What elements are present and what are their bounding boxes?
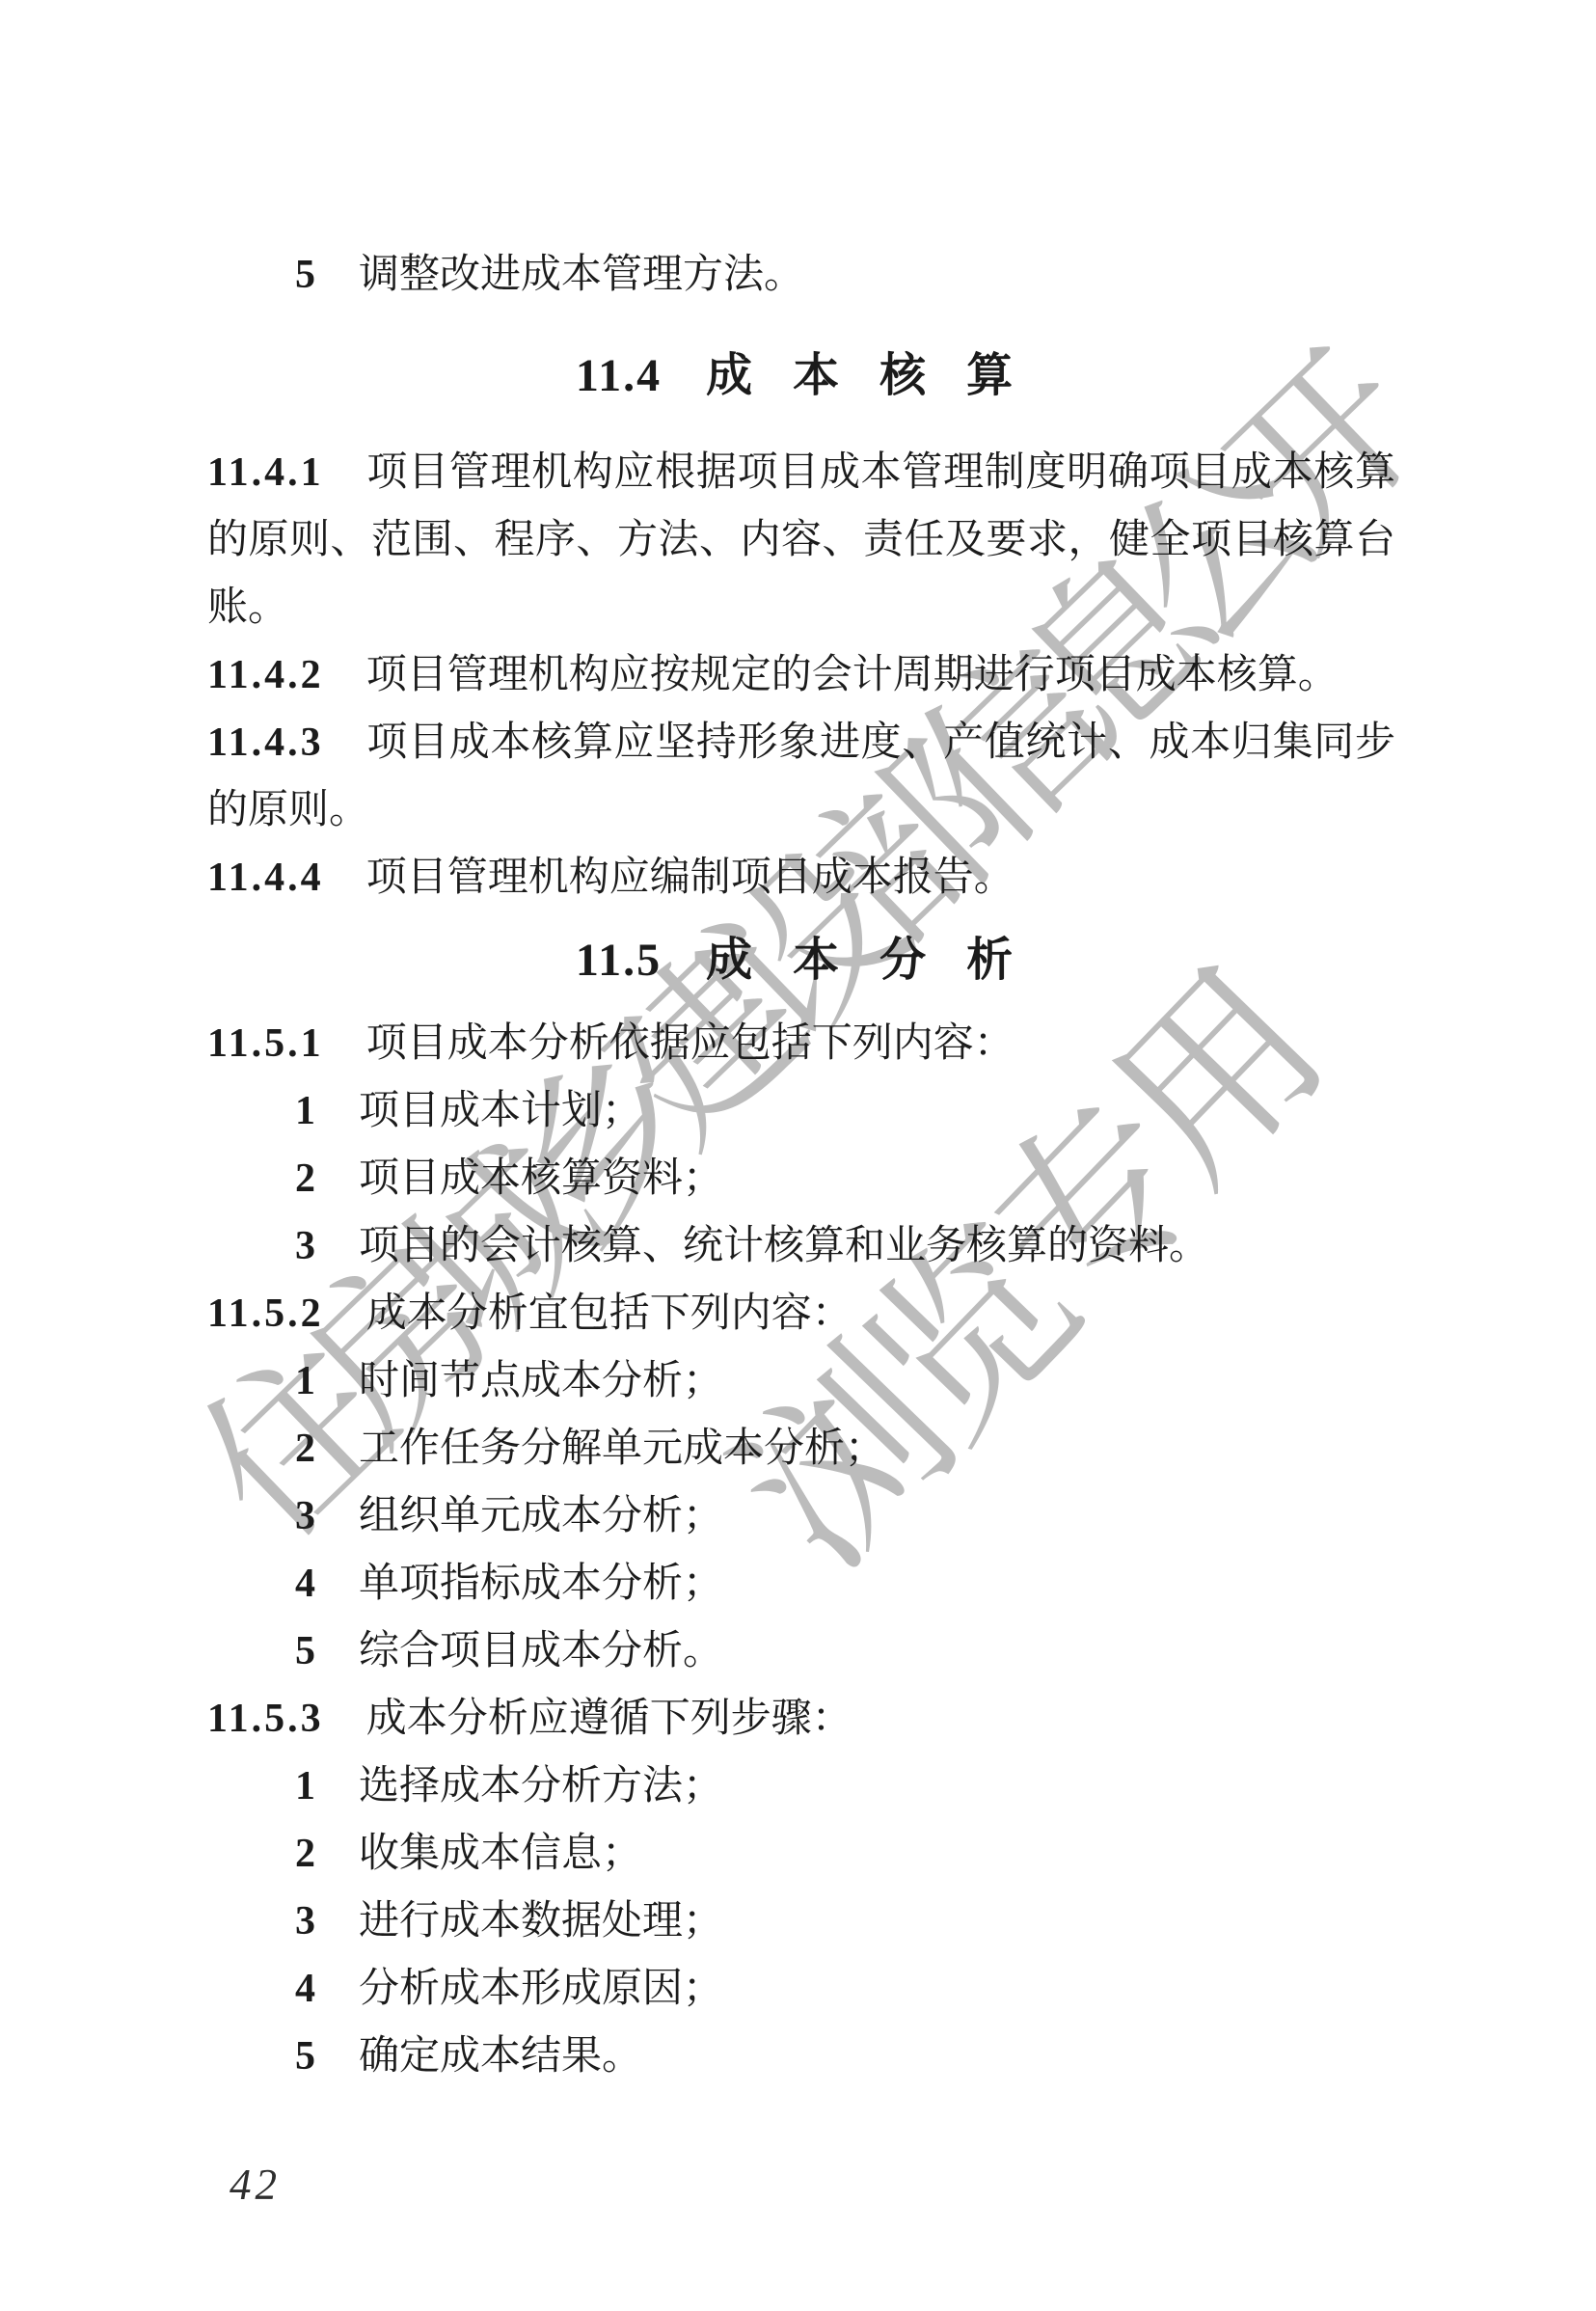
list-item: 5 调整改进成本管理方法。 xyxy=(207,241,1395,309)
list-item-text: 进行成本数据处理； xyxy=(359,1888,723,1955)
clause-number: 11.4.1 xyxy=(207,450,324,495)
page-number: 42 xyxy=(230,2161,281,2209)
section-heading-11-4: 11.4 成 本 核 算 xyxy=(207,342,1395,410)
clause-11-5-3: 11.5.3成本分析应遵循下列步骤： xyxy=(207,1685,1395,1753)
list-item: 3 组织单元成本分析； xyxy=(207,1482,1395,1550)
list-item-number: 5 xyxy=(295,2023,359,2090)
clause-text: 项目管理机构应根据项目成本管理制度明确项目成本核算的原则、范围、程序、方法、内容… xyxy=(207,450,1395,630)
list-item-text: 组织单元成本分析； xyxy=(359,1482,723,1550)
list-item-number: 3 xyxy=(295,1482,359,1550)
clause-text: 项目管理机构应编制项目成本报告。 xyxy=(366,856,1014,900)
clause-11-4-4: 11.4.4项目管理机构应编制项目成本报告。 xyxy=(207,844,1395,911)
page-content: 5 调整改进成本管理方法。 11.4 成 本 核 算 11.4.1项目管理机构应… xyxy=(207,241,1395,2090)
list-item-number: 1 xyxy=(295,1347,359,1415)
clause-text: 项目管理机构应按规定的会计周期进行项目成本核算。 xyxy=(366,653,1339,697)
clause-text: 项目成本分析依据应包括下列内容： xyxy=(366,1021,1014,1066)
clause-number: 11.4.2 xyxy=(207,653,324,697)
list-item-number: 2 xyxy=(295,1145,359,1212)
list-item: 3 进行成本数据处理； xyxy=(207,1888,1395,1955)
list-item: 5 确定成本结果。 xyxy=(207,2023,1395,2090)
list-item-text: 调整改进成本管理方法。 xyxy=(359,241,804,309)
list-item-text: 项目成本计划； xyxy=(359,1077,642,1145)
list-item-number: 2 xyxy=(295,1820,359,1888)
list-item-text: 确定成本结果。 xyxy=(359,2023,642,2090)
clause-number: 11.4.4 xyxy=(207,856,324,900)
list-item: 5 综合项目成本分析。 xyxy=(207,1618,1395,1685)
clause-text: 项目成本核算应坚持形象进度、产值统计、成本归集同步的原则。 xyxy=(207,720,1395,832)
list-item: 1 时间节点成本分析； xyxy=(207,1347,1395,1415)
clause-11-4-2: 11.4.2项目管理机构应按规定的会计周期进行项目成本核算。 xyxy=(207,641,1395,709)
list-item-text: 综合项目成本分析。 xyxy=(359,1618,723,1685)
list-item-number: 4 xyxy=(295,1550,359,1618)
clause-number: 11.5.1 xyxy=(207,1021,324,1066)
clause-11-4-1: 11.4.1项目管理机构应根据项目成本管理制度明确项目成本核算的原则、范围、程序… xyxy=(207,439,1395,641)
list-item: 4 单项指标成本分析； xyxy=(207,1550,1395,1618)
list-item-number: 5 xyxy=(295,1618,359,1685)
list-item-number: 3 xyxy=(295,1888,359,1955)
clause-text: 成本分析宜包括下列内容： xyxy=(366,1291,852,1336)
list-item-text: 项目成本核算资料； xyxy=(359,1145,723,1212)
list-item-text: 分析成本形成原因； xyxy=(359,1955,723,2023)
list-item: 2 收集成本信息； xyxy=(207,1820,1395,1888)
list-item: 1 项目成本计划； xyxy=(207,1077,1395,1145)
clause-11-4-3: 11.4.3项目成本核算应坚持形象进度、产值统计、成本归集同步的原则。 xyxy=(207,709,1395,844)
clause-number: 11.5.2 xyxy=(207,1291,324,1336)
section-title: 成 本 分 析 xyxy=(706,927,1027,994)
list-item-number: 3 xyxy=(295,1212,359,1280)
list-item: 2 项目成本核算资料； xyxy=(207,1145,1395,1212)
list-item: 1 选择成本分析方法； xyxy=(207,1753,1395,1820)
list-item-text: 选择成本分析方法； xyxy=(359,1753,723,1820)
list-item-text: 收集成本信息； xyxy=(359,1820,642,1888)
section-number: 11.5 xyxy=(576,927,662,994)
list-item: 3 项目的会计核算、统计核算和业务核算的资料。 xyxy=(207,1212,1395,1280)
list-item-text: 时间节点成本分析； xyxy=(359,1347,723,1415)
section-number: 11.4 xyxy=(576,342,662,410)
list-item-text: 工作任务分解单元成本分析； xyxy=(359,1415,885,1482)
clause-11-5-2: 11.5.2成本分析宜包括下列内容： xyxy=(207,1280,1395,1347)
list-item-text: 项目的会计核算、统计核算和业务核算的资料。 xyxy=(359,1212,1209,1280)
list-item-number: 2 xyxy=(295,1415,359,1482)
list-item-number: 4 xyxy=(295,1955,359,2023)
list-item: 2 工作任务分解单元成本分析； xyxy=(207,1415,1395,1482)
list-item-number: 5 xyxy=(295,241,359,309)
section-title: 成 本 核 算 xyxy=(706,342,1027,410)
list-item-text: 单项指标成本分析； xyxy=(359,1550,723,1618)
clause-text: 成本分析应遵循下列步骤： xyxy=(366,1697,852,1741)
clause-number: 11.5.3 xyxy=(207,1697,324,1741)
list-item-number: 1 xyxy=(295,1077,359,1145)
list-item: 4 分析成本形成原因； xyxy=(207,1955,1395,2023)
clause-11-5-1: 11.5.1项目成本分析依据应包括下列内容： xyxy=(207,1010,1395,1077)
section-heading-11-5: 11.5 成 本 分 析 xyxy=(207,927,1395,994)
list-item-number: 1 xyxy=(295,1753,359,1820)
clause-number: 11.4.3 xyxy=(207,720,324,765)
